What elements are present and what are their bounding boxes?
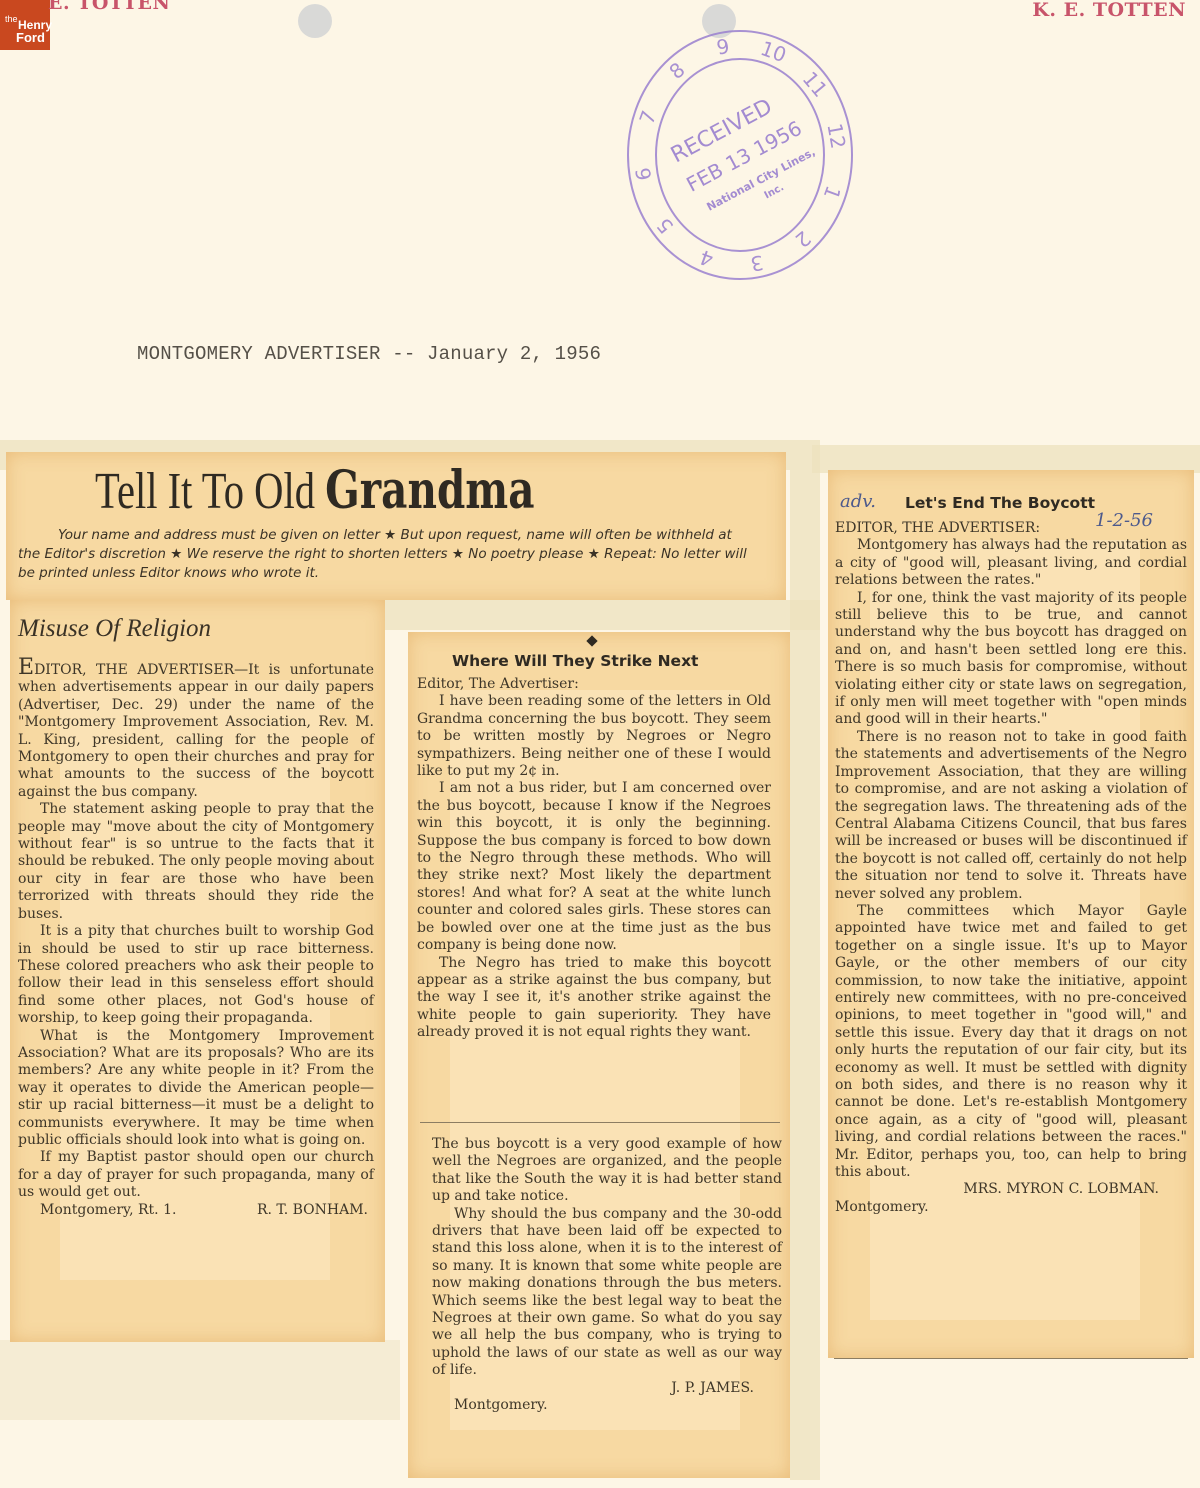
letter-2-salutation: Editor, The Advertiser: bbox=[417, 676, 771, 693]
column-divider bbox=[420, 1122, 780, 1123]
stamp-ring-number: 3 bbox=[749, 250, 766, 276]
stamp-ring-number: 2 bbox=[790, 226, 815, 253]
letter-3-paragraph: I, for one, think the vast majority of i… bbox=[835, 590, 1187, 729]
letter-3-body: EDITOR, THE ADVERTISER: Montgomery has a… bbox=[835, 520, 1187, 1216]
letter-1-body: EDITOR, THE ADVERTISER—It is unfortunate… bbox=[18, 659, 374, 1219]
masthead-plain: Tell It To Old bbox=[95, 463, 325, 520]
letter-1-paragraph: The statement asking people to pray that… bbox=[18, 801, 374, 923]
logo-the: the bbox=[5, 14, 18, 24]
stamp-ring-number: 11 bbox=[798, 67, 833, 102]
stamp-ring-number: 1 bbox=[819, 183, 846, 203]
tape-strip bbox=[812, 445, 1200, 473]
henry-ford-logo: the Henry Ford bbox=[0, 0, 50, 50]
letter-3-paragraph: There is no reason not to take in good f… bbox=[835, 729, 1187, 903]
letter-3-signature: MRS. MYRON C. LOBMAN. bbox=[835, 1181, 1187, 1198]
letter-2-body: Editor, The Advertiser: I have been read… bbox=[417, 676, 771, 1042]
stamp-org-line2: Inc. bbox=[763, 182, 786, 201]
letter-1-signoff: Montgomery, Rt. 1. R. T. BONHAM. bbox=[18, 1202, 374, 1219]
owner-stamp-right: K. E. TOTTEN bbox=[1032, 0, 1186, 21]
letter-3-paragraph: The committees which Mayor Gayle appoint… bbox=[835, 903, 1187, 1182]
received-date-stamp: 101112123456789 RECEIVED FEB 13 1956 Nat… bbox=[625, 20, 855, 280]
letter-2-paragraph: Why should the bus company and the 30-od… bbox=[432, 1206, 782, 1380]
masthead-gothic: Grandma bbox=[325, 460, 534, 521]
dropcap: E bbox=[18, 655, 34, 680]
letter-2-signature: J. P. JAMES. bbox=[432, 1380, 782, 1397]
letter-1-paragraph: If my Baptist pastor should open our chu… bbox=[18, 1149, 374, 1201]
letter-2-paragraph: I have been reading some of the letters … bbox=[417, 693, 771, 780]
letter-1-signature: R. T. BONHAM. bbox=[257, 1202, 368, 1219]
letter-2-paragraph: I am not a bus rider, but I am concerned… bbox=[417, 780, 771, 954]
stamp-ring-number: 9 bbox=[715, 34, 732, 60]
letter-2-title: Where Will They Strike Next bbox=[452, 652, 698, 670]
stamp-ring-number: 7 bbox=[634, 107, 661, 127]
document-heading: MONTGOMERY ADVERTISER -- January 2, 1956 bbox=[137, 343, 601, 365]
letter-1-paragraph: It is a pity that churches built to wors… bbox=[18, 923, 374, 1027]
letter-2-paragraph: The bus boycott is a very good example o… bbox=[432, 1136, 782, 1206]
masthead-title: Tell It To Old Grandma bbox=[95, 460, 535, 521]
letter-1-place: Montgomery, Rt. 1. bbox=[40, 1202, 176, 1219]
letter-3-paragraph: Montgomery has always had the reputation… bbox=[835, 537, 1187, 589]
letter-2-place: Montgomery. bbox=[432, 1397, 782, 1414]
tape-strip bbox=[380, 600, 820, 630]
letter-3-title: Let's End The Boycott bbox=[905, 494, 1095, 512]
stamp-ring-number: 4 bbox=[696, 245, 716, 272]
logo-ford: Ford bbox=[16, 31, 45, 44]
letter-1-title: Misuse Of Religion bbox=[18, 615, 211, 643]
letter-3-salutation: EDITOR, THE ADVERTISER: bbox=[835, 520, 1187, 537]
stamp-ring-number: 5 bbox=[652, 213, 679, 238]
owner-stamp-left: E. TOTTEN bbox=[48, 0, 170, 14]
masthead-rules: Your name and address must be given on l… bbox=[18, 526, 758, 583]
letter-3-place: Montgomery. bbox=[835, 1199, 1187, 1216]
stamp-ring-number: 12 bbox=[822, 121, 850, 150]
letter-2-body-continued: The bus boycott is a very good example o… bbox=[432, 1136, 782, 1415]
stamp-ring-number: 6 bbox=[631, 166, 657, 183]
tape-strip bbox=[0, 1340, 400, 1420]
letter-1-paragraph: EDITOR, THE ADVERTISER—It is unfortunate… bbox=[18, 659, 374, 801]
letter-1-paragraph: What is the Montgomery Improvement Assoc… bbox=[18, 1028, 374, 1150]
punch-hole-left bbox=[298, 4, 332, 38]
tape-strip bbox=[790, 440, 820, 1480]
column-divider bbox=[834, 1358, 1188, 1359]
letter-2-paragraph: The Negro has tried to make this boycott… bbox=[417, 955, 771, 1042]
handwritten-note: adv. bbox=[840, 491, 876, 512]
stamp-ring-number: 8 bbox=[664, 57, 689, 84]
